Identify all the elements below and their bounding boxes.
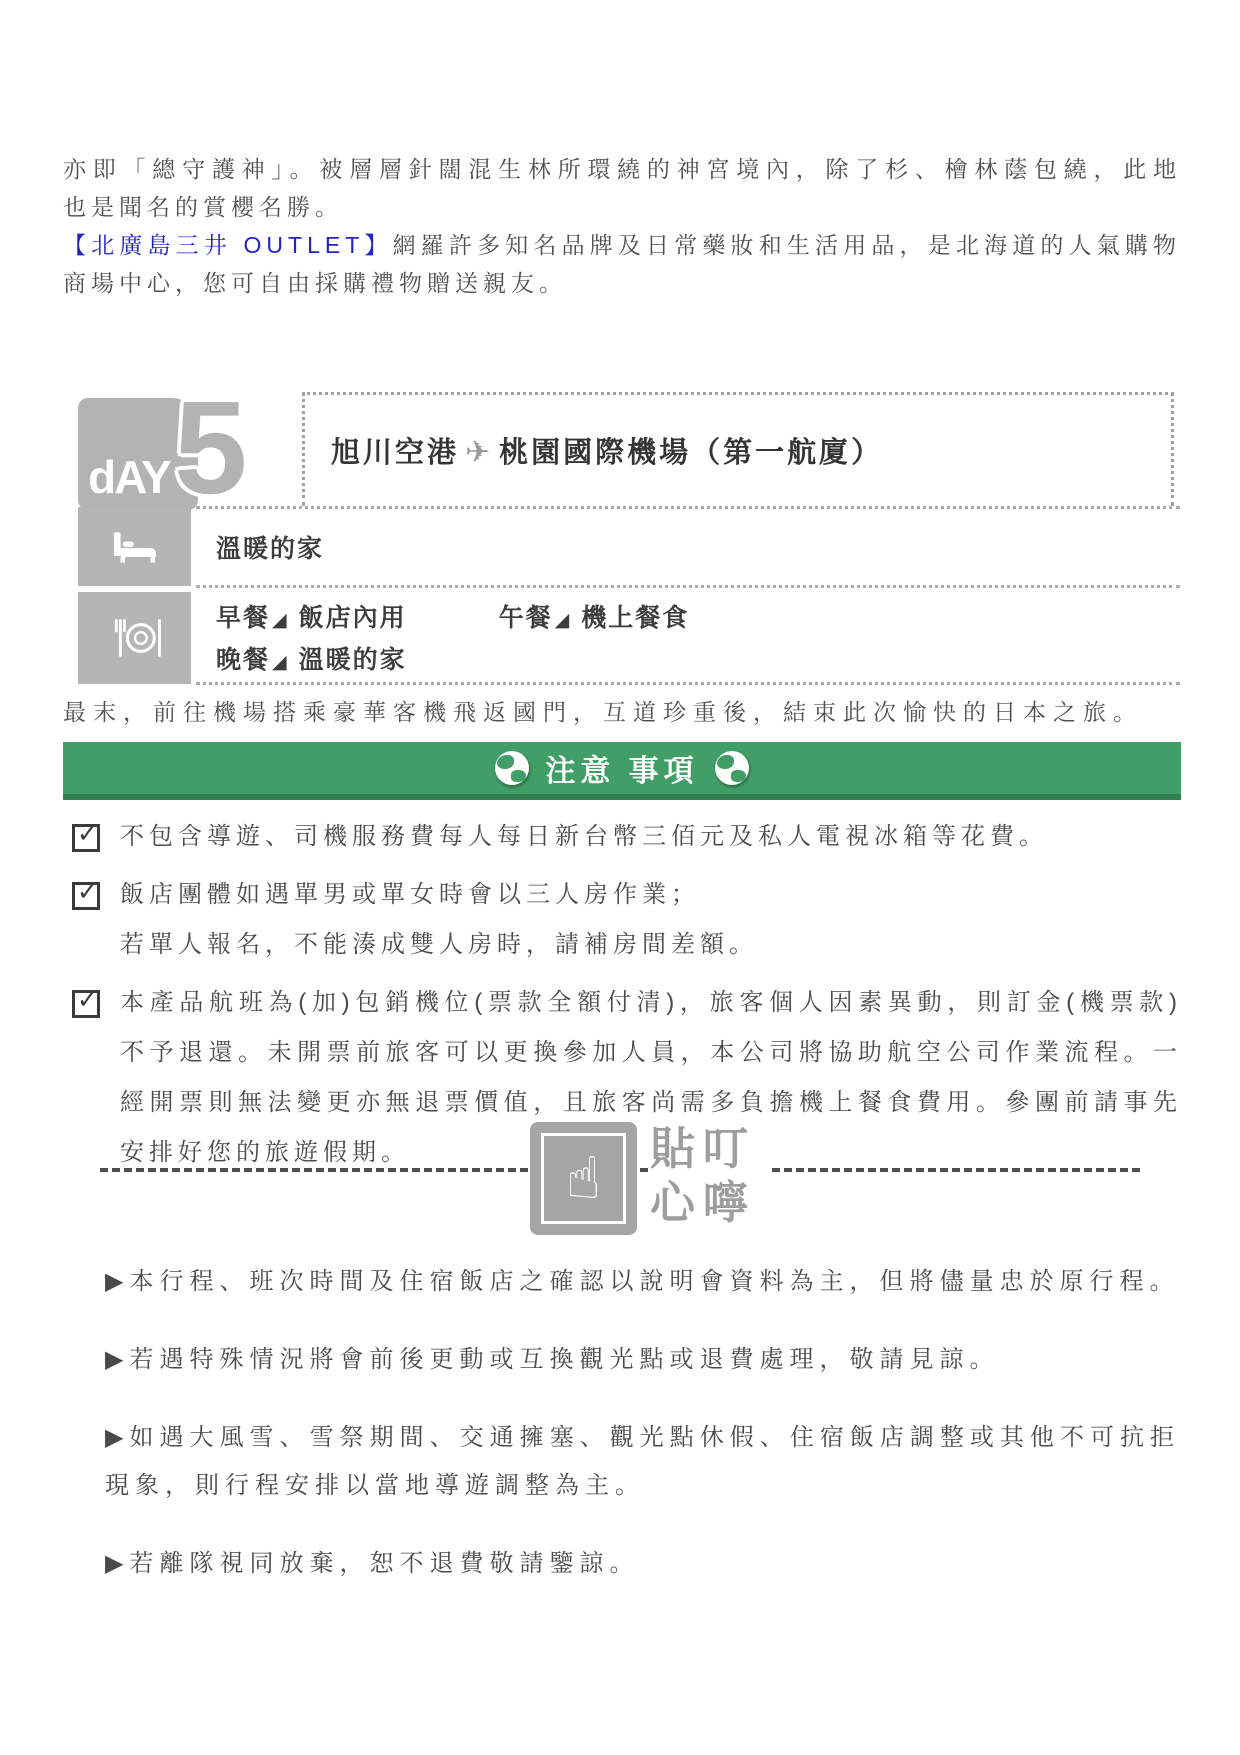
reminder-stamp-text: 貼叮 心嚀: [648, 1118, 770, 1234]
meal-dinner: 晚餐◢溫暖的家: [216, 640, 407, 676]
meal-line: 晚餐◢溫暖的家: [216, 640, 1180, 676]
notice-item: ✓ 不包含導遊、司機服務費每人每日新台幣三佰元及私人電視冰箱等花費。: [72, 812, 1182, 862]
plane-icon: ✈: [465, 436, 493, 469]
meal-marker-icon: ◢: [555, 610, 572, 631]
route-to: 桃園國際機場（第一航廈）: [499, 437, 883, 469]
notice-item-text: 飯店團體如遇單男或單女時會以三人房作業； 若單人報名，不能湊成雙人房時，請補房間…: [120, 870, 1182, 970]
notice-line: 不予退還。未開票前旅客可以更換參加人員，本公司將協助航空公司作業流程。一: [120, 1028, 1182, 1078]
meal-value: 溫暖的家: [299, 646, 407, 674]
reminder-stamp-frame: ☝: [541, 1133, 626, 1224]
reminder-bullets: ▶本行程、班次時間及住宿飯店之確認以說明會資料為主，但將儘量忠於原行程。 ▶若遇…: [105, 1258, 1180, 1618]
meal-value: 機上餐食: [581, 604, 689, 632]
notice-line: 若單人報名，不能湊成雙人房時，請補房間差額。: [120, 920, 1182, 970]
route-from: 旭川空港: [331, 437, 459, 469]
pointing-hand-icon: ☝: [566, 1150, 601, 1208]
intro-paragraph: 亦即「總守護神」。被層層針闊混生林所環繞的神宮境內，除了杉、檜林蔭包繞，此地 也…: [63, 150, 1181, 302]
day-badge-letters: dAY: [88, 450, 170, 504]
closing-sentence: 最末，前往機場搭乘豪華客機飛返國門，互道珍重後，結束此次愉快的日本之旅。: [63, 694, 1181, 727]
dining-icon: [107, 617, 163, 659]
itinerary-page: 亦即「總守護神」。被層層針闊混生林所環繞的神宮境內，除了杉、檜林蔭包繞，此地 也…: [0, 0, 1240, 1755]
meal-breakfast: 早餐◢飯店內用: [216, 598, 407, 634]
bullet-text: 如遇大風雪、雪祭期間、交通擁塞、觀光點休假、住宿飯店調整或其他不可抗拒: [129, 1424, 1180, 1451]
meal-marker-icon: ◢: [272, 610, 289, 631]
meal-label: 早餐: [216, 604, 270, 632]
intro-line: 亦即「總守護神」。被層層針闊混生林所環繞的神宮境內，除了杉、檜林蔭包繞，此地: [63, 150, 1181, 188]
meal-value: 飯店內用: [299, 604, 407, 632]
day5-badge: dAY 5: [78, 398, 268, 523]
hotel-row: 溫暖的家: [196, 506, 1180, 588]
bullet-marker-icon: ▶: [105, 1346, 123, 1373]
bullet-marker-icon: ▶: [105, 1268, 123, 1295]
bullet-item: ▶若遇特殊情況將會前後更動或互換觀光點或退費處理，敬請見諒。: [105, 1336, 1180, 1384]
route-title: 旭川空港✈桃園國際機場（第一航廈）: [331, 430, 883, 471]
globe-icon: [495, 751, 529, 785]
meals-icon-box: [78, 592, 191, 684]
bullet-item: ▶本行程、班次時間及住宿飯店之確認以說明會資料為主，但將儘量忠於原行程。: [105, 1258, 1180, 1306]
meal-label: 午餐: [499, 604, 553, 632]
globe-icon: [715, 751, 749, 785]
meals-row: 早餐◢飯店內用 午餐◢機上餐食 晚餐◢溫暖的家: [196, 591, 1180, 685]
bullet-marker-icon: ▶: [105, 1550, 123, 1577]
checkbox-icon: ✓: [72, 824, 100, 852]
checkbox-icon: ✓: [72, 990, 100, 1018]
notice-line: 本產品航班為(加)包銷機位(票款全額付清)，旅客個人因素異動，則訂金(機票款): [120, 978, 1182, 1028]
meal-line: 早餐◢飯店內用 午餐◢機上餐食: [216, 598, 1180, 634]
check-mark: ✓: [77, 819, 98, 849]
bullet-item: ▶若離隊視同放棄，恕不退費敬請鑒諒。: [105, 1540, 1180, 1588]
bullet-text: 本行程、班次時間及住宿飯店之確認以說明會資料為主，但將儘量忠於原行程。: [129, 1268, 1179, 1295]
route-box: 旭川空港✈桃園國際機場（第一航廈）: [302, 392, 1174, 506]
checkbox-icon: ✓: [72, 882, 100, 910]
bed-icon: [108, 527, 162, 567]
meal-label: 晚餐: [216, 646, 270, 674]
notice-item: ✓ 飯店團體如遇單男或單女時會以三人房作業； 若單人報名，不能湊成雙人房時，請補…: [72, 870, 1182, 970]
notice-banner: 注意 事項: [63, 742, 1181, 800]
intro-line: 【北廣島三井 OUTLET】網羅許多知名品牌及日常藥妝和生活用品，是北海道的人氣…: [63, 226, 1181, 264]
bullet-item: ▶如遇大風雪、雪祭期間、交通擁塞、觀光點休假、住宿飯店調整或其他不可抗拒 現象，…: [105, 1414, 1180, 1510]
stamp-text-line: 心嚀: [650, 1176, 756, 1230]
bullet-text: 若遇特殊情況將會前後更動或互換觀光點或退費處理，敬請見諒。: [129, 1346, 999, 1373]
outlet-description: 網羅許多知名品牌及日常藥妝和生活用品，是北海道的人氣購物: [393, 232, 1181, 258]
intro-line: 也是聞名的賞櫻名勝。: [63, 188, 1181, 226]
stamp-text-line: 貼叮: [650, 1122, 756, 1176]
outlet-highlight: 【北廣島三井 OUTLET】: [63, 232, 393, 258]
notice-line: 飯店團體如遇單男或單女時會以三人房作業；: [120, 870, 1182, 920]
bullet-text: 現象，則行程安排以當地導遊調整為主。: [105, 1472, 645, 1499]
check-mark: ✓: [77, 985, 98, 1015]
intro-line: 商場中心，您可自由採購禮物贈送親友。: [63, 264, 1181, 302]
day-number: 5: [174, 382, 247, 514]
check-mark: ✓: [77, 877, 98, 907]
hotel-icon-box: [78, 507, 191, 586]
reminder-stamp: ☝: [530, 1122, 637, 1235]
meal-lunch: 午餐◢機上餐食: [499, 598, 690, 634]
meal-marker-icon: ◢: [272, 652, 289, 673]
notice-item-text: 不包含導遊、司機服務費每人每日新台幣三佰元及私人電視冰箱等花費。: [120, 812, 1182, 862]
notice-title: 注意 事項: [545, 746, 698, 790]
bullet-text: 若離隊視同放棄，恕不退費敬請鑒諒。: [129, 1550, 639, 1577]
notice-line: 不包含導遊、司機服務費每人每日新台幣三佰元及私人電視冰箱等花費。: [120, 812, 1182, 862]
bullet-marker-icon: ▶: [105, 1424, 123, 1451]
hotel-name: 溫暖的家: [216, 529, 324, 565]
